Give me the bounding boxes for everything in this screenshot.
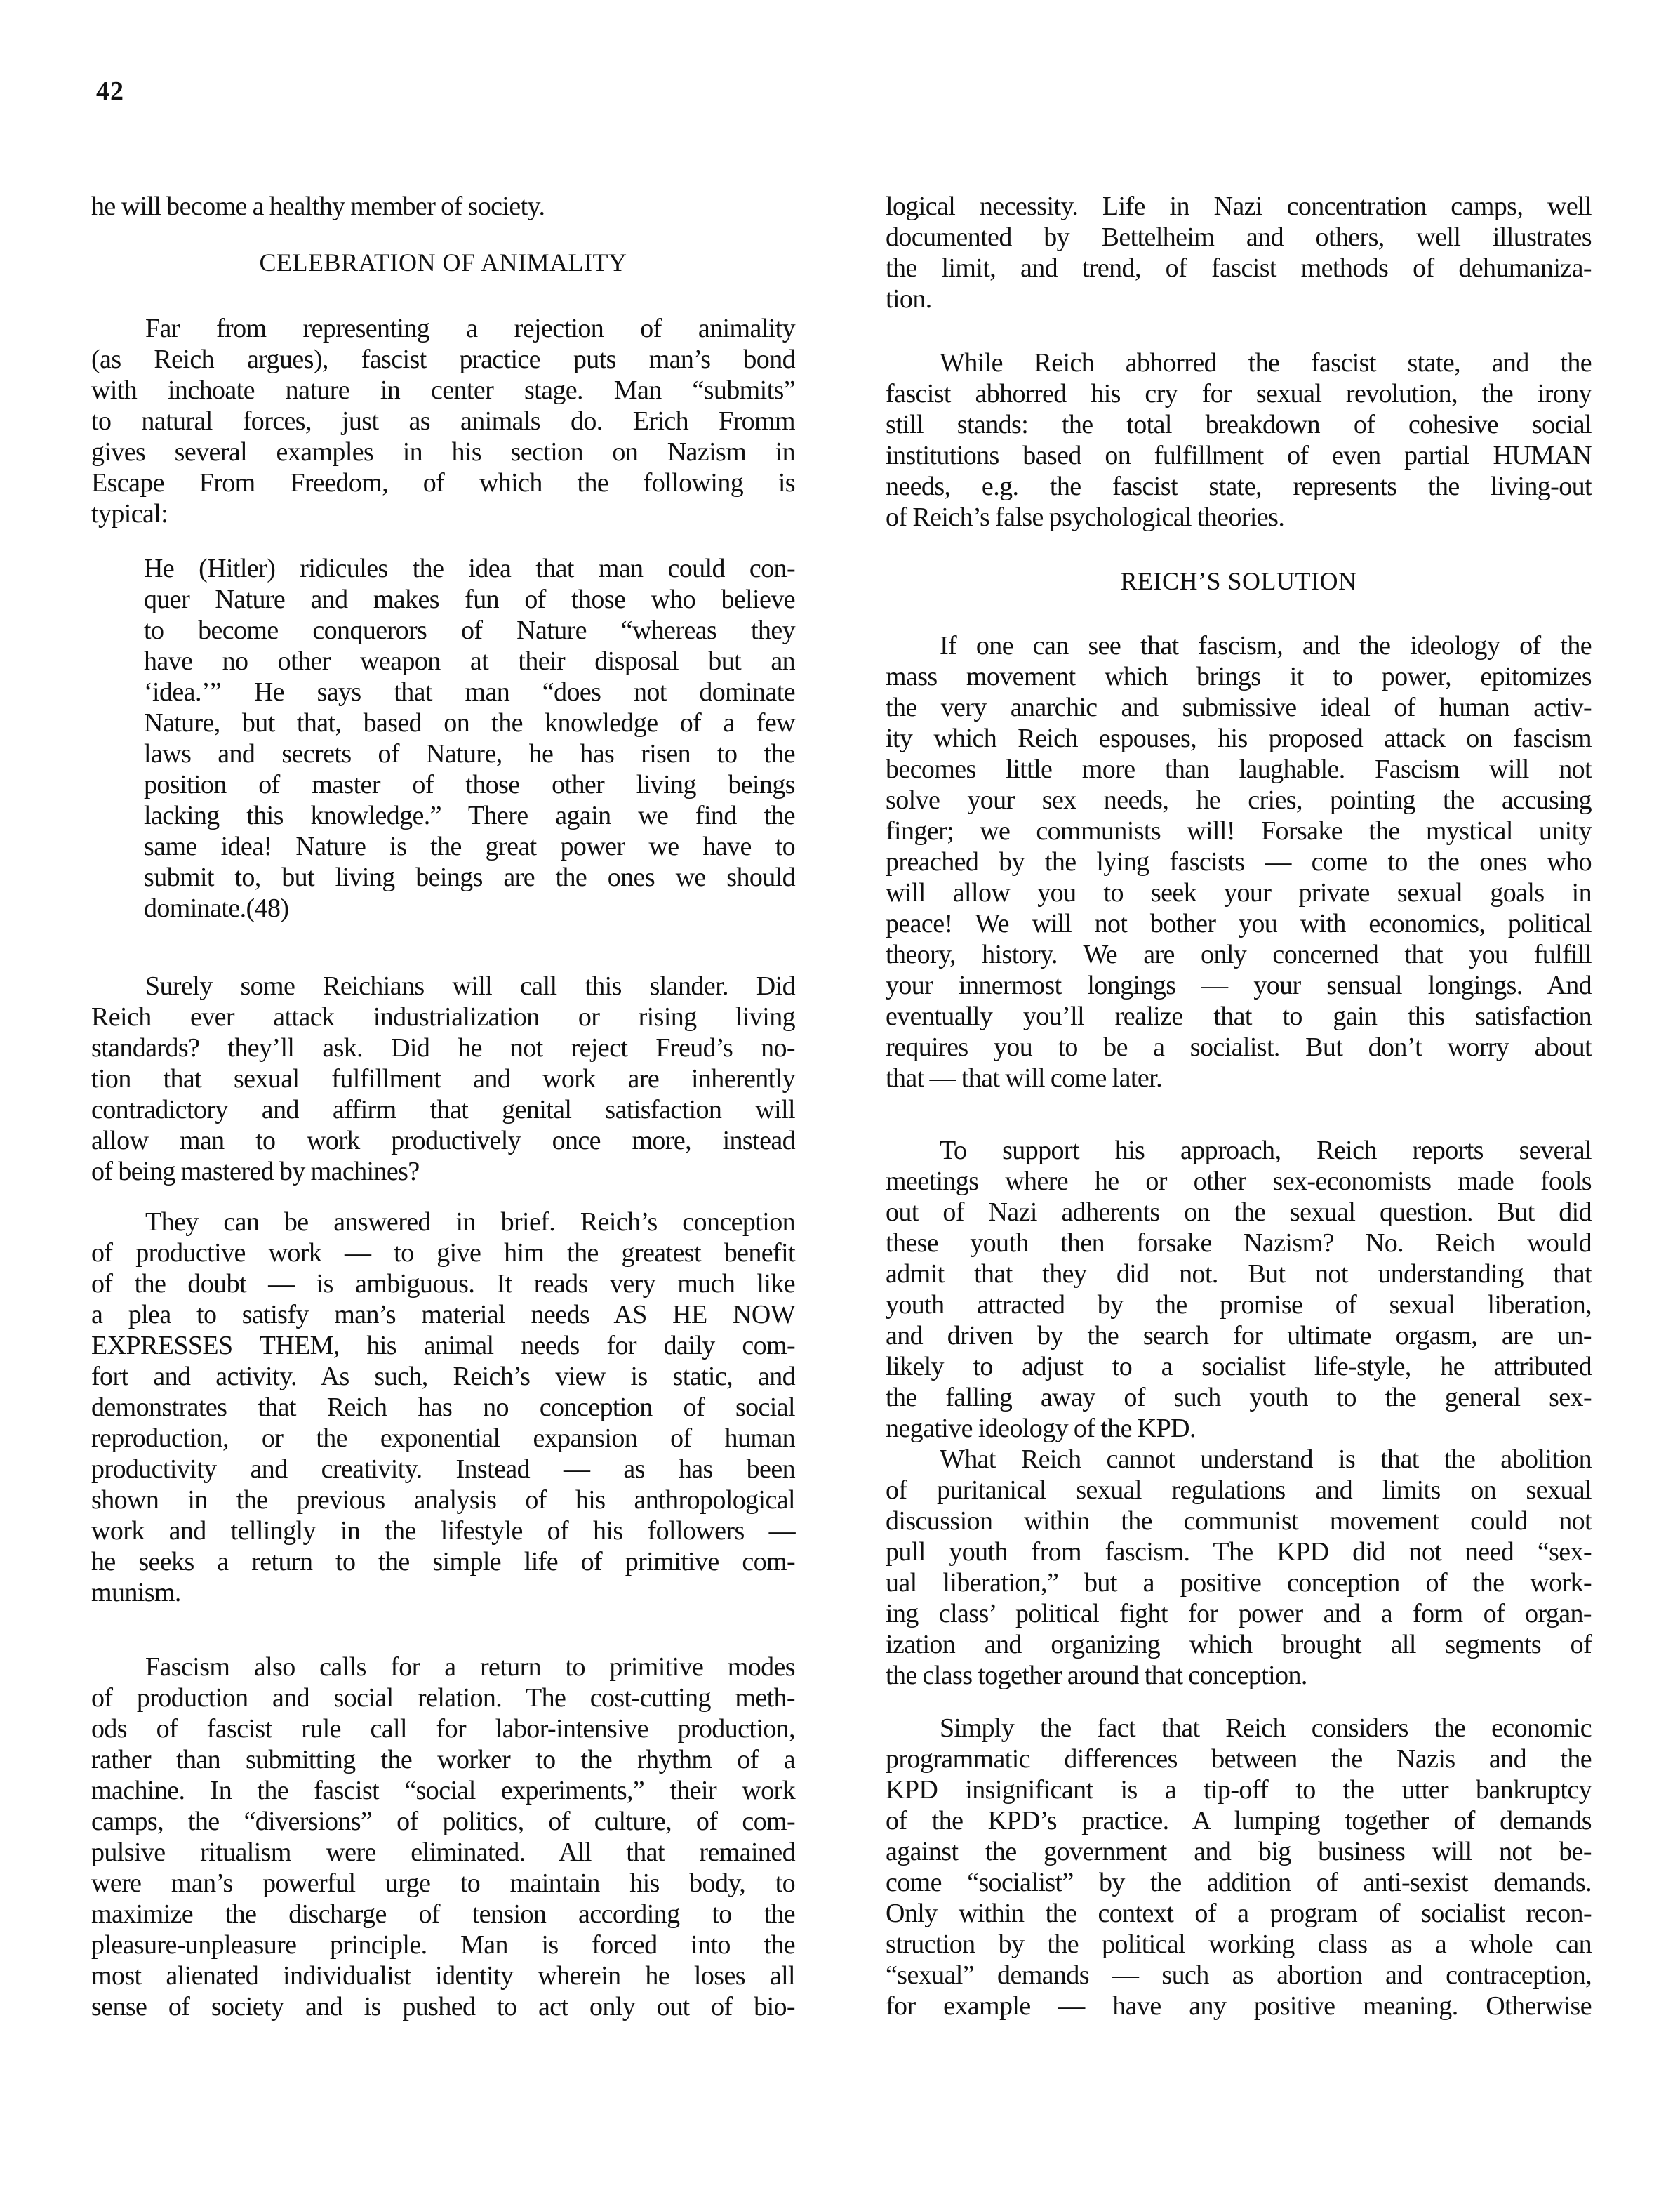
text-line: of the doubt — is ambiguous. It reads ve…: [91, 1268, 795, 1299]
text-line: he will become a healthy member of socie…: [91, 191, 795, 222]
text-line: meetings where he or other sex-economist…: [886, 1166, 1592, 1197]
text-line: “sexual” demands — such as abortion and …: [886, 1960, 1592, 1991]
section-heading-reichs-solution: REICH’S SOLUTION: [886, 566, 1592, 597]
text-line: institutions based on fulfillment of eve…: [886, 440, 1592, 471]
text-line: for example — have any positive meaning.…: [886, 1991, 1592, 2021]
text-line: solve your sex needs, he cries, pointing…: [886, 785, 1592, 816]
text-line: of Reich’s false psychological theories.: [886, 502, 1592, 533]
text-line: against the government and big business …: [886, 1836, 1592, 1867]
text-line: pleasure-unpleasure principle. Man is fo…: [91, 1930, 795, 1960]
text-line: mass movement which brings it to power, …: [886, 661, 1592, 692]
text-line: of the KPD’s practice. A lumping togethe…: [886, 1805, 1592, 1836]
text-line: typical:: [91, 498, 795, 529]
text-line: the limit, and trend, of fascist methods…: [886, 253, 1592, 284]
text-line: finger; we communists will! Forsake the …: [886, 816, 1592, 846]
intro-paragraph: he will become a healthy member of socie…: [91, 191, 795, 222]
text-line: ization and organizing which brought all…: [886, 1629, 1592, 1660]
paragraph-if-one-can-see: If one can see that fascism, and the ide…: [886, 630, 1592, 1094]
text-line: work and tellingly in the lifestyle of h…: [91, 1515, 795, 1546]
text-line: struction by the political working class…: [886, 1929, 1592, 1960]
page-number: 42: [96, 76, 124, 107]
text-line: Surely some Reichians will call this sla…: [91, 971, 795, 1002]
paragraph-logical-necessity: logical necessity. Life in Nazi concentr…: [886, 191, 1592, 314]
text-line: If one can see that fascism, and the ide…: [886, 630, 1592, 661]
text-line: of being mastered by machines?: [91, 1156, 795, 1187]
text-line: (as Reich argues), fascist practice puts…: [91, 344, 795, 375]
text-line: productivity and creativity. Instead — a…: [91, 1454, 795, 1485]
text-line: same idea! Nature is the great power we …: [144, 831, 795, 862]
paragraph-what-reich-cannot-understand: What Reich cannot understand is that the…: [886, 1444, 1592, 1691]
text-line: Nature, but that, based on the knowledge…: [144, 708, 795, 738]
text-line: fascist abhorred his cry for sexual revo…: [886, 378, 1592, 409]
text-line: and driven by the search for ultimate or…: [886, 1320, 1592, 1351]
text-line: a plea to satisfy man’s material needs A…: [91, 1299, 795, 1330]
text-line: youth attracted by the promise of sexual…: [886, 1289, 1592, 1320]
text-line: the class together around that conceptio…: [886, 1660, 1592, 1691]
text-line: of productive work — to give him the gre…: [91, 1237, 795, 1268]
text-line: negative ideology of the KPD.: [886, 1413, 1592, 1444]
text-line: gives several examples in his section on…: [91, 437, 795, 467]
text-line: position of master of those other living…: [144, 769, 795, 800]
text-line: these youth then forsake Nazism? No. Rei…: [886, 1228, 1592, 1259]
text-line: of puritanical sexual regulations and li…: [886, 1475, 1592, 1506]
text-line: preached by the lying fascists — come to…: [886, 846, 1592, 877]
text-line: were man’s powerful urge to maintain his…: [91, 1868, 795, 1899]
text-line: needs, e.g. the fascist state, represent…: [886, 471, 1592, 502]
text-line: standards? they’ll ask. Did he not rejec…: [91, 1033, 795, 1063]
text-line: discussion within the communist movement…: [886, 1506, 1592, 1536]
text-line: While Reich abhorred the fascist state, …: [886, 347, 1592, 378]
text-line: laws and secrets of Nature, he has risen…: [144, 738, 795, 769]
text-line: likely to adjust to a socialist life-sty…: [886, 1351, 1592, 1382]
text-line: of production and social relation. The c…: [91, 1682, 795, 1713]
text-line: that — that will come later.: [886, 1063, 1592, 1094]
text-line: to become conquerors of Nature “whereas …: [144, 615, 795, 646]
text-line: Escape From Freedom, of which the follow…: [91, 467, 795, 498]
text-line: camps, the “diversions” of politics, of …: [91, 1806, 795, 1837]
text-line: ods of fascist rule call for labor-inten…: [91, 1713, 795, 1744]
text-line: tion.: [886, 284, 1592, 314]
text-line: tion that sexual fulfillment and work ar…: [91, 1063, 795, 1094]
text-line: will allow you to seek your private sexu…: [886, 877, 1592, 908]
text-line: ing class’ political fight for power and…: [886, 1598, 1592, 1629]
text-line: your innermost longings — your sensual l…: [886, 970, 1592, 1001]
text-line: to natural forces, just as animals do. E…: [91, 406, 795, 437]
text-line: EXPRESSES THEM, his animal needs for dai…: [91, 1330, 795, 1361]
text-line: programmatic differences between the Naz…: [886, 1744, 1592, 1774]
text-line: contradictory and affirm that genital sa…: [91, 1094, 795, 1125]
text-line: Fascism also calls for a return to primi…: [91, 1652, 795, 1682]
text-line: dominate.(48): [144, 893, 795, 924]
text-line: rather than submitting the worker to the…: [91, 1744, 795, 1775]
section-heading-celebration-of-animality: CELEBRATION OF ANIMALITY: [91, 247, 795, 278]
text-line: shown in the previous analysis of his an…: [91, 1485, 795, 1515]
paragraph-they-can-be-answered: They can be answered in brief. Reich’s c…: [91, 1207, 795, 1608]
text-line: ‘idea.’” He says that man “does not domi…: [144, 677, 795, 708]
text-line: Simply the fact that Reich considers the…: [886, 1713, 1592, 1744]
text-line: he seeks a return to the simple life of …: [91, 1546, 795, 1577]
text-line: demonstrates that Reich has no conceptio…: [91, 1392, 795, 1423]
text-line: most alienated individualist identity wh…: [91, 1960, 795, 1991]
text-line: out of Nazi adherents on the sexual ques…: [886, 1197, 1592, 1228]
text-line: eventually you’ll realize that to gain t…: [886, 1001, 1592, 1032]
text-line: come “socialist” by the addition of anti…: [886, 1867, 1592, 1898]
text-line: submit to, but living beings are the one…: [144, 862, 795, 893]
text-line: lacking this knowledge.” There again we …: [144, 800, 795, 831]
paragraph-fascism-also-calls: Fascism also calls for a return to primi…: [91, 1652, 795, 2022]
paragraph-simply-the-fact: Simply the fact that Reich considers the…: [886, 1713, 1592, 2021]
paragraph-while-reich-abhorred: While Reich abhorred the fascist state, …: [886, 347, 1592, 533]
text-line: ity which Reich espouses, his proposed a…: [886, 723, 1592, 754]
text-line: logical necessity. Life in Nazi concentr…: [886, 191, 1592, 222]
paragraph-far-from-representing: Far from representing a rejection of ani…: [91, 313, 795, 529]
text-line: Only within the context of a program of …: [886, 1898, 1592, 1929]
text-line: sense of society and is pushed to act on…: [91, 1991, 795, 2022]
text-line: becomes little more than laughable. Fasc…: [886, 754, 1592, 785]
text-line: They can be answered in brief. Reich’s c…: [91, 1207, 795, 1237]
text-line: the falling away of such youth to the ge…: [886, 1382, 1592, 1413]
text-line: admit that they did not. But not underst…: [886, 1259, 1592, 1289]
block-quote-fromm: He (Hitler) ridicules the idea that man …: [144, 553, 795, 924]
text-line: fort and activity. As such, Reich’s view…: [91, 1361, 795, 1392]
text-line: with inchoate nature in center stage. Ma…: [91, 375, 795, 406]
text-line: the very anarchic and submissive ideal o…: [886, 692, 1592, 723]
text-line: peace! We will not bother you with econo…: [886, 908, 1592, 939]
text-line: allow man to work productively once more…: [91, 1125, 795, 1156]
text-line: theory, history. We are only concerned t…: [886, 939, 1592, 970]
text-line: Far from representing a rejection of ani…: [91, 313, 795, 344]
text-line: have no other weapon at their disposal b…: [144, 646, 795, 677]
paragraph-surely-some-reichians: Surely some Reichians will call this sla…: [91, 971, 795, 1187]
text-line: pulsive ritualism were eliminated. All t…: [91, 1837, 795, 1868]
text-line: still stands: the total breakdown of coh…: [886, 409, 1592, 440]
text-line: maximize the discharge of tension accord…: [91, 1899, 795, 1930]
text-line: Reich ever attack industrialization or r…: [91, 1002, 795, 1033]
text-line: reproduction, or the exponential expansi…: [91, 1423, 795, 1454]
text-line: To support his approach, Reich reports s…: [886, 1135, 1592, 1166]
text-line: quer Nature and makes fun of those who b…: [144, 584, 795, 615]
text-line: ual liberation,” but a positive concepti…: [886, 1567, 1592, 1598]
text-line: munism.: [91, 1577, 795, 1608]
text-line: KPD insignificant is a tip-off to the ut…: [886, 1774, 1592, 1805]
text-line: What Reich cannot understand is that the…: [886, 1444, 1592, 1475]
paragraph-to-support-his-approach: To support his approach, Reich reports s…: [886, 1135, 1592, 1444]
text-line: documented by Bettelheim and others, wel…: [886, 222, 1592, 253]
text-line: He (Hitler) ridicules the idea that man …: [144, 553, 795, 584]
text-line: machine. In the fascist “social experime…: [91, 1775, 795, 1806]
text-line: requires you to be a socialist. But don’…: [886, 1032, 1592, 1063]
text-line: pull youth from fascism. The KPD did not…: [886, 1536, 1592, 1567]
